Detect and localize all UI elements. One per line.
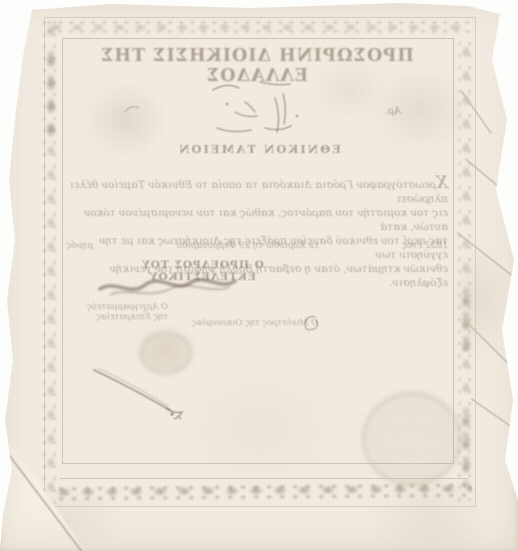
scanned-certificate-verso: ΠΡΟΣΩΡΙΝΗ ΔΙΟΙΚΗΣΙΣ ΤΗΣ ΕΛΛΑΔΟΣ Αρ. ΕΘΝΙ… xyxy=(0,0,518,551)
edge-shading xyxy=(0,0,518,551)
paper-sheet: ΠΡΟΣΩΡΙΝΗ ΔΙΟΙΚΗΣΙΣ ΤΗΣ ΕΛΛΑΔΟΣ Αρ. ΕΘΝΙ… xyxy=(0,0,518,551)
